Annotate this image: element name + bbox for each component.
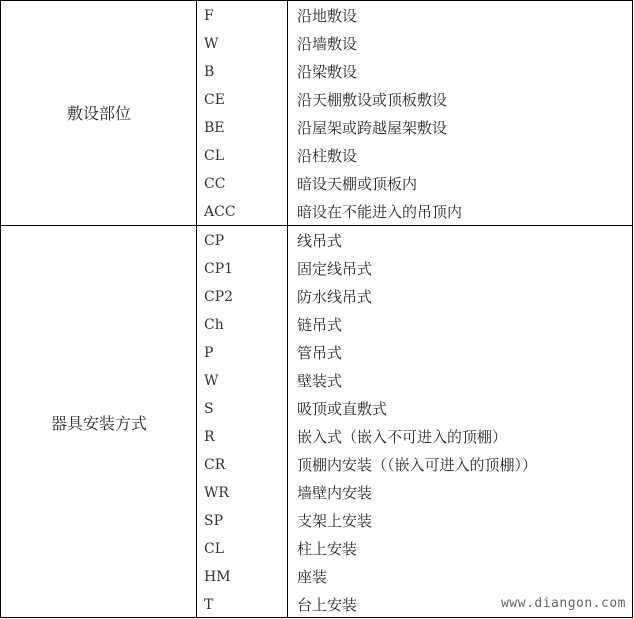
code-cell: SP xyxy=(204,507,223,535)
code-cell: F xyxy=(204,2,214,30)
desc-cell: 暗设在不能进入的吊顶内 xyxy=(297,198,462,226)
code-cell: P xyxy=(204,339,213,367)
desc-cell: 沿墙敷设 xyxy=(297,30,357,58)
desc-cell: 壁装式 xyxy=(297,367,342,395)
desc-cell: 座装 xyxy=(297,563,327,591)
code-cell: R xyxy=(204,423,215,451)
code-cell: Ch xyxy=(204,311,224,339)
desc-cell: 沿屋架或跨越屋架敷设 xyxy=(297,114,447,142)
code-cell: ACC xyxy=(204,198,236,226)
code-cell: CE xyxy=(204,86,225,114)
desc-cell: 沿柱敷设 xyxy=(297,142,357,170)
code-cell: S xyxy=(204,395,214,423)
desc-cell: 链吊式 xyxy=(297,311,342,339)
desc-cell: 台上安装 xyxy=(297,591,357,619)
code-cell: HM xyxy=(204,563,231,591)
desc-cell: 暗设天棚或顶板内 xyxy=(297,170,417,198)
desc-cell: 线吊式 xyxy=(297,227,342,255)
code-cell: T xyxy=(204,591,213,619)
code-cell: CP1 xyxy=(204,255,233,283)
desc-cell: 吸顶或直敷式 xyxy=(297,395,387,423)
code-cell: CP xyxy=(204,227,224,255)
desc-cell: 管吊式 xyxy=(297,339,342,367)
code-cell: CR xyxy=(204,451,225,479)
desc-cell: 沿天棚敷设或顶板敷设 xyxy=(297,86,447,114)
installation-codes-table: 敷设部位 F 沿地敷设 W 沿墙敷设 B 沿梁敷设 CE 沿天棚敷设或顶板敷设 … xyxy=(0,0,633,618)
code-cell: CL xyxy=(204,535,224,563)
desc-cell: 顶棚内安装（（嵌入可进入的顶棚）） xyxy=(297,451,537,479)
desc-cell: 固定线吊式 xyxy=(297,255,372,283)
code-cell: WR xyxy=(204,479,229,507)
desc-cell: 防水线吊式 xyxy=(297,283,372,311)
code-cell: CC xyxy=(204,170,225,198)
desc-cell: 沿地敷设 xyxy=(297,2,357,30)
desc-cell: 墙壁内安装 xyxy=(297,479,372,507)
desc-cell: 嵌入式（嵌入不可进入的顶棚） xyxy=(297,423,507,451)
code-cell: W xyxy=(204,367,218,395)
code-cell: BE xyxy=(204,114,225,142)
column-divider-1 xyxy=(196,1,197,617)
group-label-laying-location: 敷设部位 xyxy=(1,101,197,124)
group-label-fixture-mounting: 器具安装方式 xyxy=(1,411,197,434)
watermark: www.diangon.com xyxy=(501,596,626,611)
desc-cell: 支架上安装 xyxy=(297,507,372,535)
code-cell: W xyxy=(204,30,218,58)
code-cell: CL xyxy=(204,142,224,170)
code-cell: CP2 xyxy=(204,283,233,311)
code-cell: B xyxy=(204,58,214,86)
desc-cell: 柱上安装 xyxy=(297,535,357,563)
column-divider-2 xyxy=(287,1,288,617)
desc-cell: 沿梁敷设 xyxy=(297,58,357,86)
